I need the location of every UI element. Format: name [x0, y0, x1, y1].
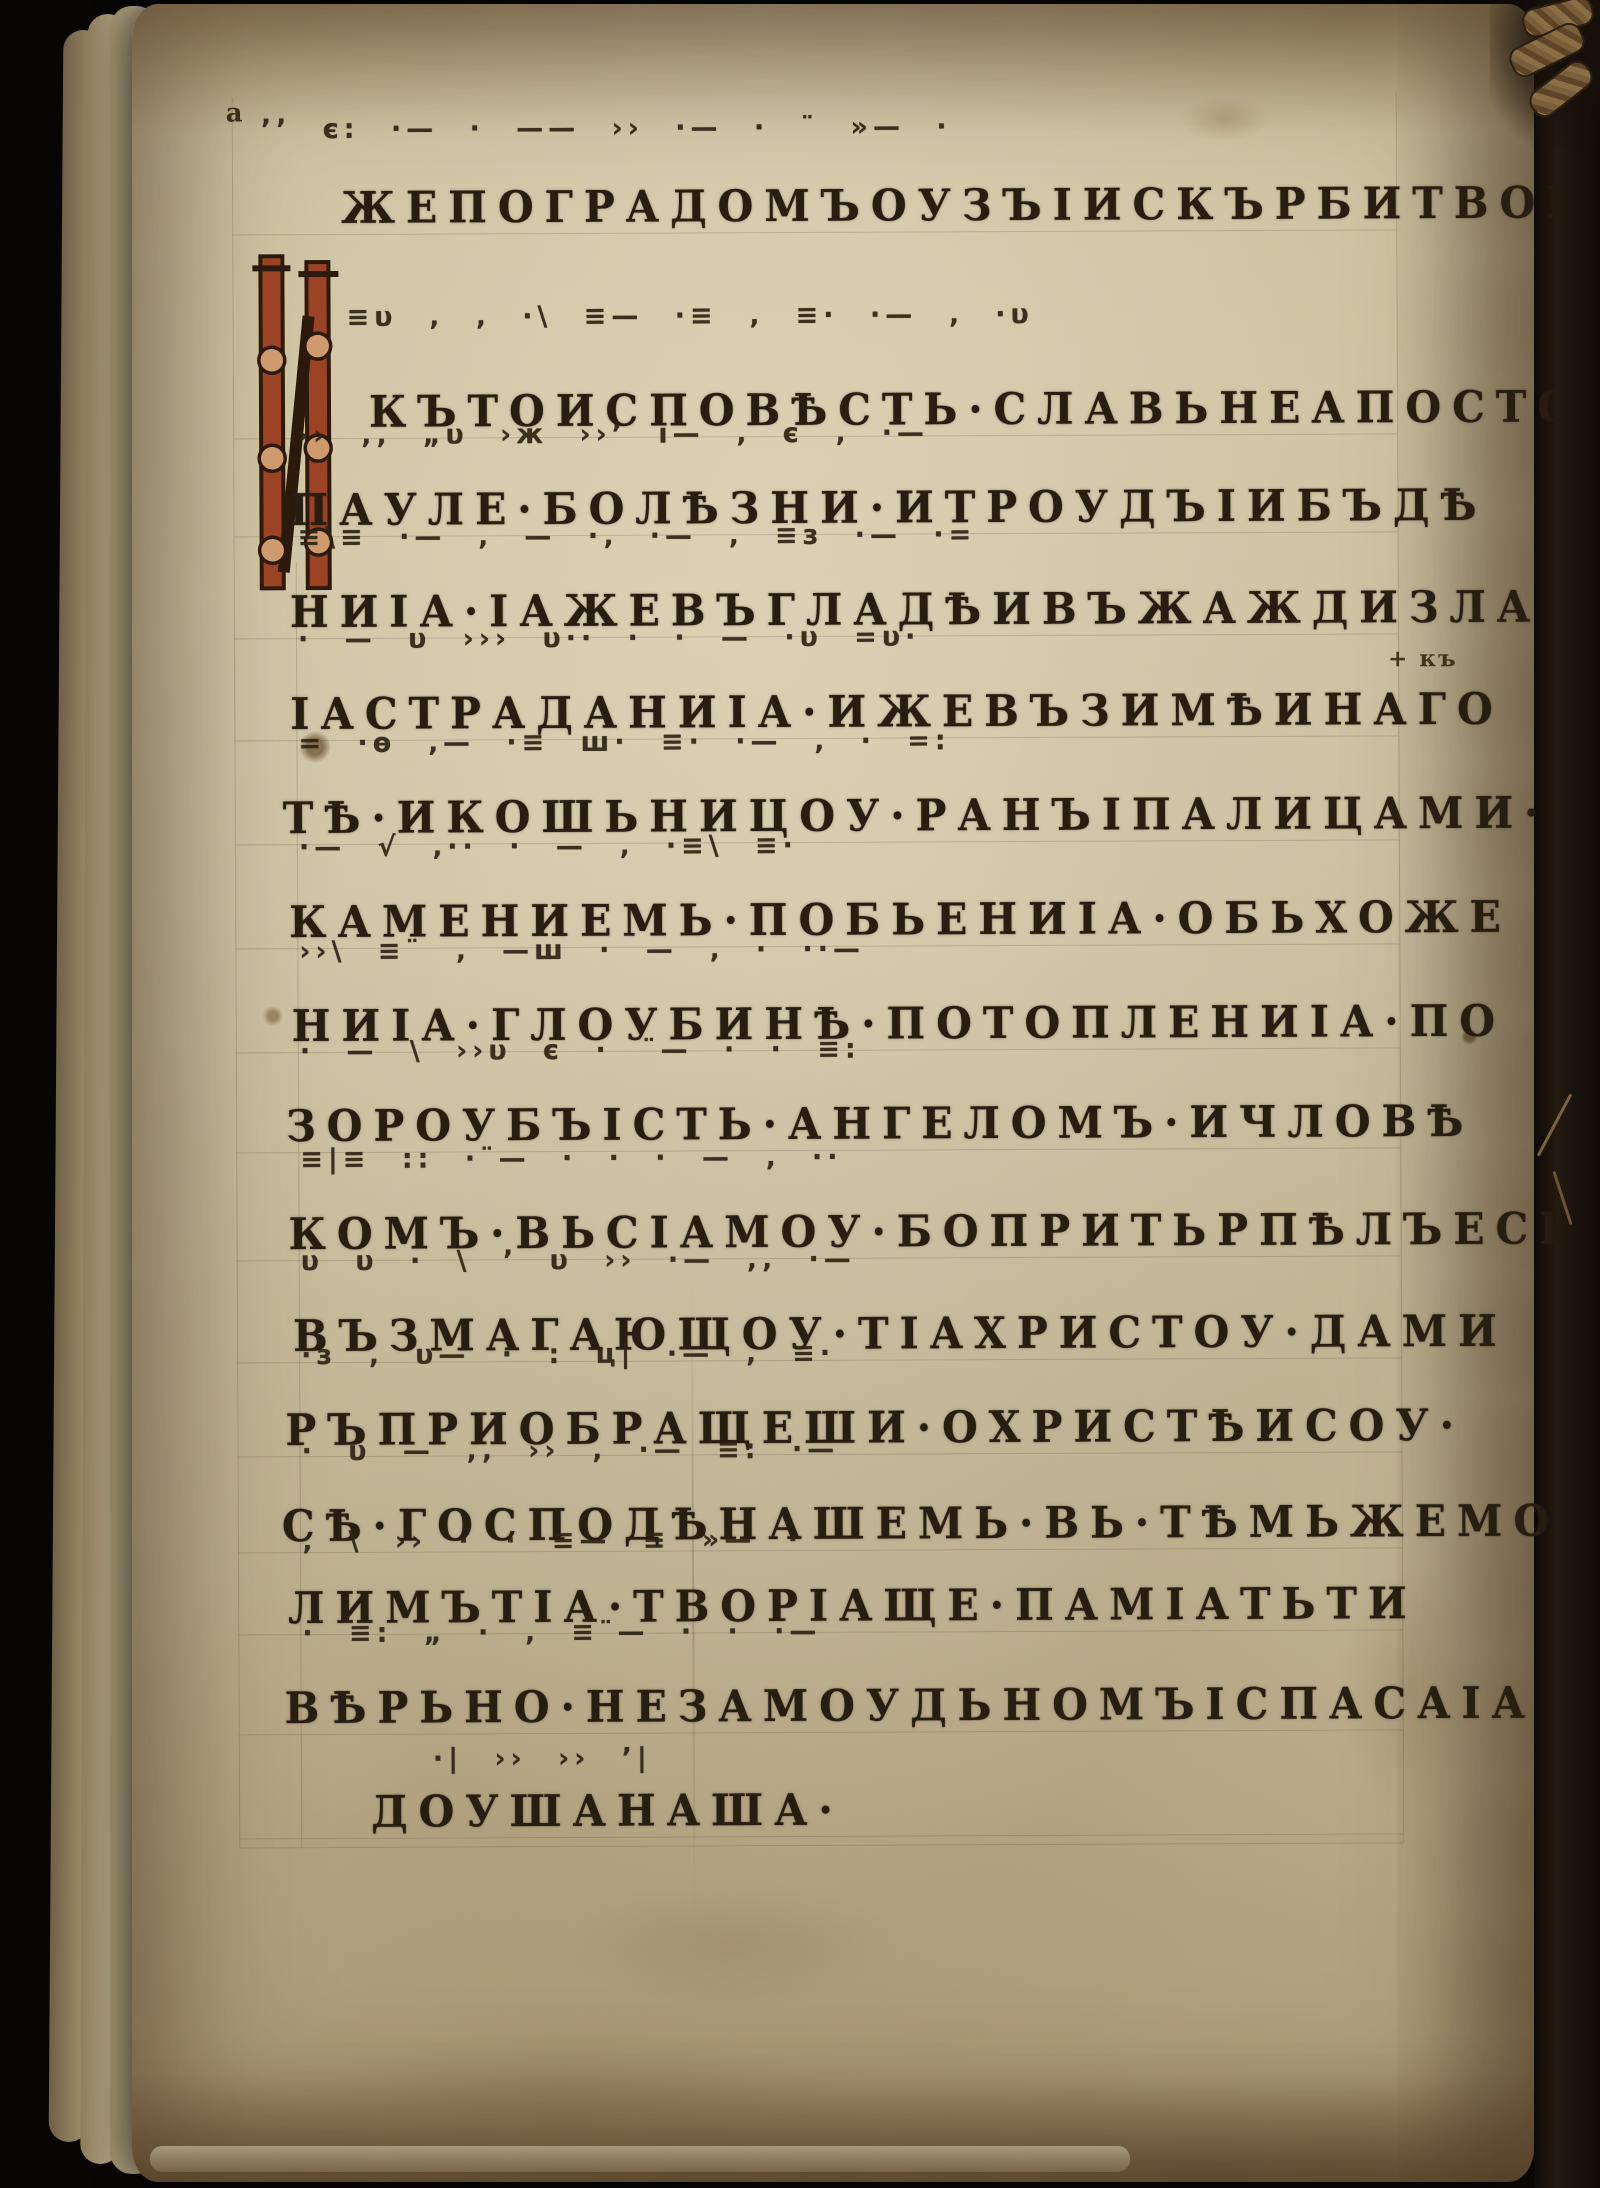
- text-line: ВѢРЬНО·НЕЗАМОУДЬНОМЪІСПАСАІА: [285, 1677, 1537, 1733]
- ruling-line: [232, 97, 241, 1847]
- text-line: ЖЕПОГРАДОМЪОУЗЪІИСКЪРБИТВОІА: [341, 177, 1600, 233]
- neume-line: ››\ ≡¨ ‚ —ш · — ‚ · ··—: [299, 934, 865, 967]
- neume-line: ·— √ ‚·· · — ‚ ·≡\ ≡·: [299, 830, 798, 863]
- neume-line: ·| ›› ›› ’|: [433, 1743, 652, 1775]
- neume-line: ≡\≡ ·— ‚ — ·‚ ·— ‚ ≡з ·— ·=: [298, 519, 977, 553]
- neume-line: ›› ‚‚ „υ ›ж ››’ ı— ‚ є ‚ ·—: [297, 417, 929, 451]
- photo-backdrop: а + къ ’’ є: ·— ·: [0, 0, 1600, 2188]
- text-line: ДОУШАНАША·: [371, 1784, 844, 1837]
- rope-area: [1490, 0, 1600, 150]
- neume-line: · — υ ››› υ·· · · — ·υ =υ·: [298, 621, 920, 655]
- neume-line: · — \ ››υ є · ¨— · · ≡:: [300, 1034, 861, 1067]
- neume-line: ‚ \ ›› · · ≡— ≡ »— ·: [302, 1524, 803, 1557]
- neume-line: = ·ѳ ‚— ·≡ ш· ≡· ·— ‚ · =:: [298, 725, 950, 759]
- ruling: [0, 0, 1595, 4]
- margin-letter: а: [226, 98, 243, 128]
- text-block: а + къ ’’ є: ·— ·: [0, 0, 1600, 2188]
- neume-line: ≡|≡ :: ·¨— · · · — ‚ ··: [300, 1142, 842, 1175]
- neume-line: · υ — ‚‚ ›› ‚ ·— ≡: ·—: [301, 1434, 839, 1467]
- margin-gloss: + къ: [1388, 645, 1458, 672]
- neume-line: υ υ · \ ’ υ ›› ·— ‚‚ ·—: [301, 1244, 856, 1277]
- binding-strip: [1534, 0, 1600, 2188]
- neume-line: · ≡: „ · ‚ ≡¨— · · ·—: [302, 1616, 821, 1649]
- ruling-line: [239, 1842, 1403, 1848]
- neume-line: ·з ‚ υ— · : ц| ·— ‚ ≡·: [301, 1338, 835, 1371]
- neume-line: ’’ є: ·— · —— ›› ·— · ¨ »— ·: [261, 111, 952, 145]
- neume-line: ≡υ ‚ ‚ ·\ ≡— ·≡ ‚ ≡· ·— ‚ ·υ: [347, 299, 1034, 333]
